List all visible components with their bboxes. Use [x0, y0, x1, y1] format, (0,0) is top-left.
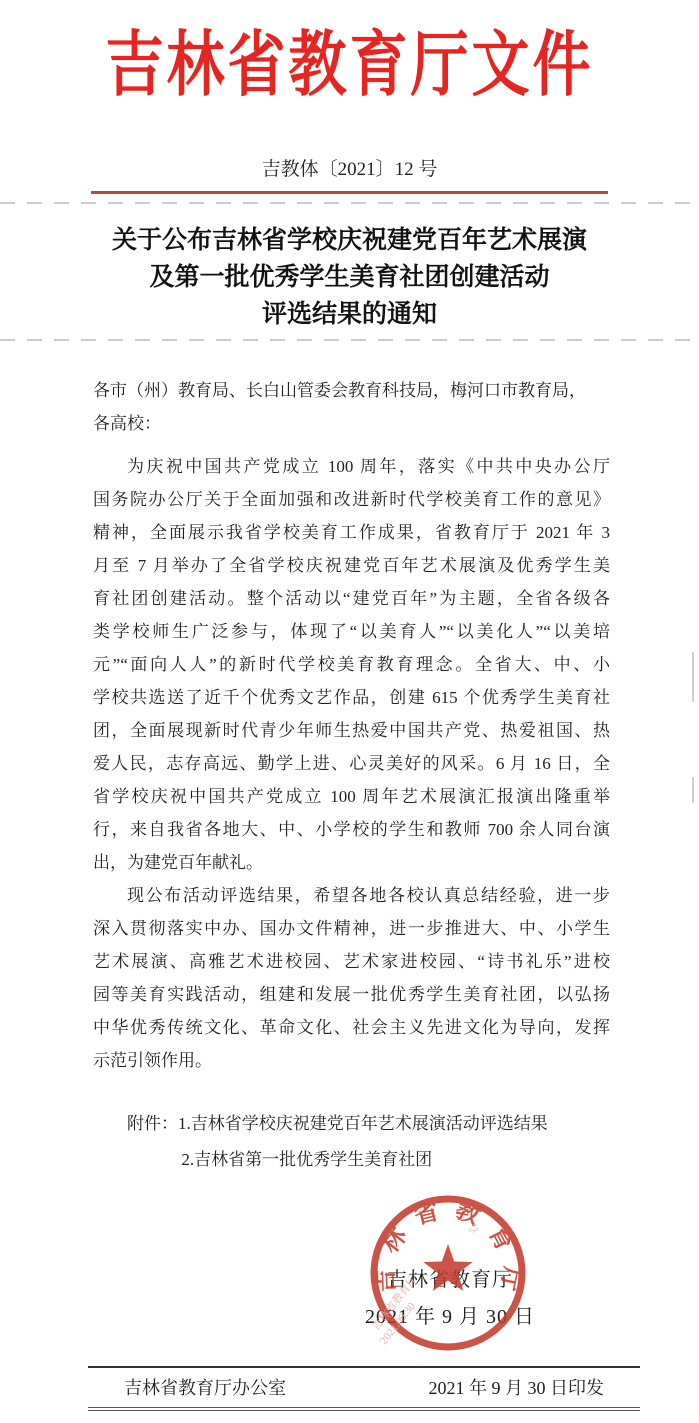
footer-office: 吉林省教育厅办公室	[124, 1376, 286, 1400]
scan-edge-artifact	[692, 777, 694, 803]
signature-date: 2021 年 9 月 30 日	[288, 1300, 612, 1329]
paragraph-line: 行，来自我省各地大、中、小学校的学生和教师 700 余人同台演	[93, 813, 610, 846]
recipient-line: 各高校：	[93, 407, 610, 440]
document-body: 各市（州）教育局、长白山管委会教育科技局，梅河口市教育局， 各高校： 为庆祝中国…	[93, 374, 610, 1176]
scan-artifact-line	[0, 202, 699, 204]
paragraph-line: 爱人民，志存高远、勤学上进、心灵美好的风采。6 月 16 日，全	[93, 747, 610, 780]
attachments: 附件：1.吉林省学校庆祝建党百年艺术展演活动评选结果 2.吉林省第一批优秀学生美…	[93, 1107, 610, 1176]
paragraph-line: 精神，全面展示我省学校美育工作成果，省教育厅于 2021 年 3	[93, 516, 610, 549]
paragraph-line: 国务院办公厅关于全面加强和改进新时代学校美育工作的意见》	[93, 483, 610, 516]
agency-title: 吉林省教育厅文件	[0, 17, 699, 115]
paragraph-line: 中华优秀传统文化、革命文化、社会主义先进文化为导向，发挥	[93, 1011, 610, 1044]
footer: 吉林省教育厅办公室 2021 年 9 月 30 日印发	[88, 1366, 640, 1411]
recipient-line: 各市（州）教育局、长白山管委会教育科技局，梅河口市教育局，	[93, 374, 610, 407]
doc-number: 吉教体〔2021〕12 号	[0, 158, 699, 182]
body-paragraph-1: 为庆祝中国共产党成立 100 周年，落实《中共中央办公厅 国务院办公厅关于全面加…	[93, 450, 610, 879]
scan-edge-artifact	[692, 652, 694, 702]
paragraph-line: 出，为建党百年献礼。	[93, 846, 610, 879]
footer-print-date: 2021 年 9 月 30 日印发	[429, 1376, 605, 1400]
signature-agency: 吉林省教育厅	[288, 1263, 612, 1292]
paragraph-line: 为庆祝中国共产党成立 100 周年，落实《中共中央办公厅	[93, 450, 610, 483]
paragraph-line: 育社团创建活动。整个活动以“建党百年”为主题，全省各级各	[93, 582, 610, 615]
red-divider	[91, 191, 608, 194]
doc-title-line: 关于公布吉林省学校庆祝建党百年艺术展演	[0, 222, 699, 259]
document-page: 吉林省教育厅文件 吉教体〔2021〕12 号 关于公布吉林省学校庆祝建党百年艺术…	[0, 0, 699, 1423]
footer-row: 吉林省教育厅办公室 2021 年 9 月 30 日印发	[88, 1368, 640, 1407]
paragraph-line: 元”“面向人人”的新时代学校美育教育理念。全省大、中、小	[93, 648, 610, 681]
doc-title-line: 及第一批优秀学生美育社团创建活动	[0, 259, 699, 296]
recipients: 各市（州）教育局、长白山管委会教育科技局，梅河口市教育局， 各高校：	[93, 374, 610, 440]
seal-watermark-small: 52	[467, 1222, 482, 1237]
paragraph-line: 园等美育实践活动，组建和发展一批优秀学生美育社团，以弘扬	[93, 978, 610, 1011]
paragraph-line: 省学校庆祝中国共产党成立 100 周年艺术展演汇报演出隆重举	[93, 780, 610, 813]
doc-title: 关于公布吉林省学校庆祝建党百年艺术展演 及第一批优秀学生美育社团创建活动 评选结…	[0, 222, 699, 333]
paragraph-line: 示范引领作用。	[93, 1044, 610, 1077]
paragraph-line: 月至 7 月举办了全省学校庆祝建党百年艺术展演及优秀学生美	[93, 549, 610, 582]
body-paragraph-2: 现公布活动评选结果，希望各地各校认真总结经验，进一步 深入贯彻落实中办、国办文件…	[93, 879, 610, 1077]
paragraph-line: 现公布活动评选结果，希望各地各校认真总结经验，进一步	[93, 879, 610, 912]
paragraph-line: 学校共选送了近千个优秀文艺作品，创建 615 个优秀学生美育社	[93, 681, 610, 714]
paragraph-line: 深入贯彻落实中办、国办文件精神，进一步推进大、中、小学生	[93, 912, 610, 945]
attachment-line-1: 附件：1.吉林省学校庆祝建党百年艺术展演活动评选结果	[127, 1107, 610, 1140]
attachment-line-2: 2.吉林省第一批优秀学生美育社团	[181, 1143, 610, 1176]
scan-artifact-line	[0, 339, 699, 341]
paragraph-line: 艺术展演、高雅艺术进校园、艺术家进校园、“诗书礼乐”进校	[93, 945, 610, 978]
paragraph-line: 团，全面展现新时代青少年师生热爱中国共产党、热爱祖国、热	[93, 714, 610, 747]
paragraph-line: 类学校师生广泛参与，体现了“以美育人”“以美化人”“以美培	[93, 615, 610, 648]
doc-title-line: 评选结果的通知	[0, 296, 699, 333]
